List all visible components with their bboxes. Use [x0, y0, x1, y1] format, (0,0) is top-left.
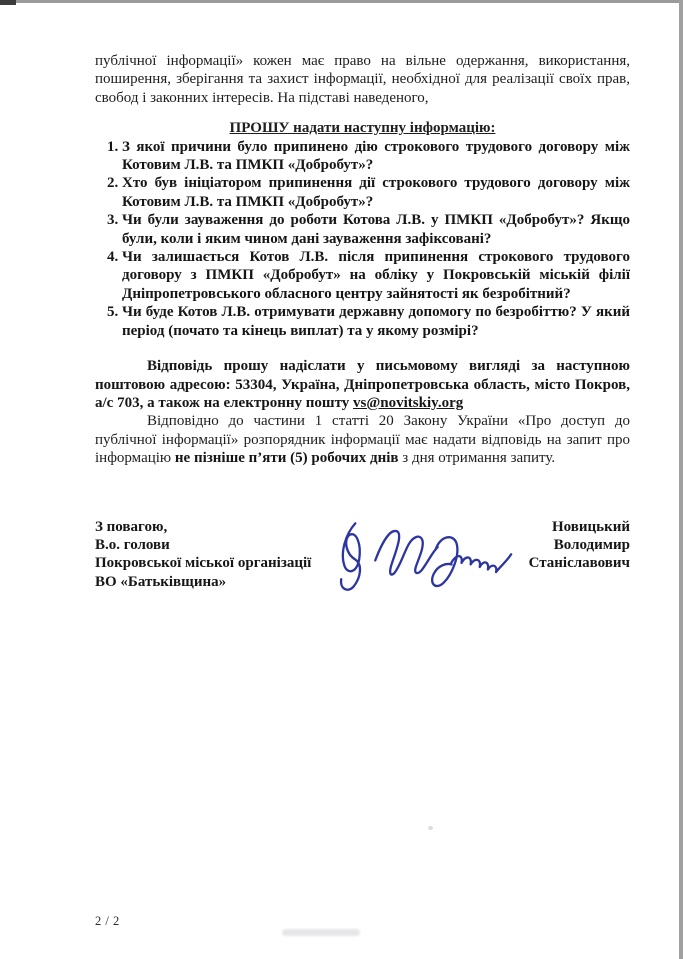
question-item-3: Чи були зауваження до роботи Котова Л.В.…	[122, 211, 630, 248]
signature-patronymic: Станіславович	[529, 554, 630, 572]
signature-line-organization: Покровської міської організації	[95, 554, 311, 572]
law-text-end: з дня отримання запиту.	[399, 450, 556, 466]
request-heading: ПРОШУ надати наступну інформацію:	[95, 119, 630, 137]
question-item-4: Чи залишається Котов Л.В. після припинен…	[122, 248, 630, 303]
scan-artifact-smudge	[282, 929, 360, 936]
signature-block: З повагою, В.о. голови Покровської міськ…	[95, 518, 630, 592]
law-reference-paragraph: Відповідно до частини 1 статті 20 Закону…	[95, 412, 630, 467]
question-item-1: З якої причини було припинено дію строко…	[122, 138, 630, 175]
signature-line-position: В.о. голови	[95, 536, 311, 554]
scan-artifact-dot	[428, 826, 433, 830]
scanned-document-page: публічної інформації» кожен має право на…	[0, 0, 683, 959]
handwritten-signature	[321, 498, 522, 608]
questions-list: З якої причини було припинено дію строко…	[95, 138, 630, 340]
signature-surname: Новицький	[529, 518, 630, 536]
document-body: публічної інформації» кожен має право на…	[0, 0, 683, 591]
signature-name-column: Новицький Володимир Станіславович	[529, 518, 630, 592]
signature-line-party: ВО «Батьківщина»	[95, 573, 311, 591]
email-address: vs@novitskiy.org	[353, 395, 463, 411]
question-item-2: Хто був ініціатором припинення дії строк…	[122, 174, 630, 211]
signature-title-column: З повагою, В.о. голови Покровської міськ…	[95, 518, 311, 592]
page-number: 2 / 2	[95, 914, 120, 929]
intro-paragraph: публічної інформації» кожен має право на…	[95, 52, 630, 107]
reply-address-paragraph: Відповідь прошу надіслати у письмовому в…	[95, 357, 630, 412]
question-item-5: Чи буде Котов Л.В. отримувати державну д…	[122, 303, 630, 340]
signature-line-regards: З повагою,	[95, 518, 311, 536]
signature-first-name: Володимир	[529, 536, 630, 554]
law-deadline-bold: не пізніше п’яти (5) робочих днів	[175, 450, 399, 466]
request-heading-text: ПРОШУ надати наступну інформацію:	[230, 120, 496, 136]
